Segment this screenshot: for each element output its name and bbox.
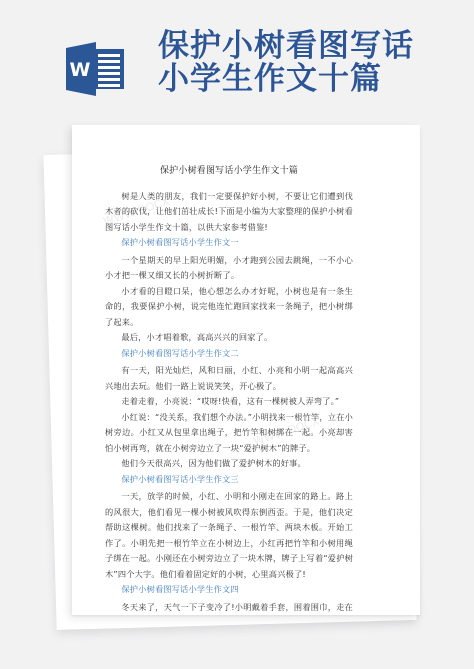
- paragraph: 小才看的目瞪口呆，他心想怎么办才好呢，小树也是有一条生命的，我要保护小树，说完他…: [105, 284, 353, 331]
- paragraph: 冬天来了，天气一下子变冷了!小明戴着手套，围着围巾，走在放学的路上。北风呼呼地吹…: [105, 600, 353, 616]
- section-heading: 保护小树看图写话小学生作文四: [105, 582, 353, 598]
- section-heading: 保护小树看图写话小学生作文三: [105, 472, 353, 488]
- document-body: 保护小树看图写话小学生作文十篇 树是人类的朋友，我们一定要保护好小树，不要让它们…: [105, 164, 353, 615]
- title-line-1: 保护小树看图写话: [158, 30, 414, 63]
- word-document-icon: W: [66, 40, 128, 98]
- title-line-2: 小学生作文十篇: [158, 63, 414, 96]
- paragraph: 一天，放学的时候，小红、小明和小刚走在回家的路上。路上的风很大，他们看见一棵小树…: [105, 489, 353, 582]
- header-banner: W 保护小树看图写话 小学生作文十篇: [0, 0, 474, 120]
- paragraph: 有一天，阳光灿烂，风和日丽，小红、小亮和小明一起高高兴兴地出去玩。他们一路上说说…: [105, 363, 353, 394]
- paragraph: 他们今天很高兴，因为他们做了爱护树木的好事。: [105, 456, 353, 472]
- page-title: 保护小树看图写话 小学生作文十篇: [158, 30, 414, 96]
- paragraph: 走着走着，小亮说：“哎呀!快看，这有一棵树被人弄弯了。”: [105, 394, 353, 410]
- section-heading: 保护小树看图写话小学生作文一: [105, 235, 353, 251]
- document-page: WWW·DOCX WWW·DOCX 保护小树看图写话小学生作文十篇 树是人类的朋…: [72, 125, 420, 615]
- canvas: W 保护小树看图写话 小学生作文十篇 WWW·DOCX WWW·DOCX 保护小…: [0, 0, 474, 669]
- paragraph: 最后，小才唱着歌，高高兴兴的回家了。: [105, 330, 353, 346]
- document-title: 保护小树看图写话小学生作文十篇: [105, 164, 353, 180]
- paragraph: 一个星期天的早上阳光明媚，小才跑到公园去跳绳，一不小心小才把一棵又细又长的小树折…: [105, 253, 353, 284]
- section-heading: 保护小树看图写话小学生作文二: [105, 346, 353, 362]
- svg-text:W: W: [70, 59, 91, 81]
- intro-paragraph: 树是人类的朋友，我们一定要保护好小树，不要让它们遭到伐木者的砍伐，让他们茁壮成长…: [105, 189, 353, 236]
- paragraph: 小红说：“没关系，我们想个办法。”小明找来一根竹竿，立在小树旁边。小红又从包里拿…: [105, 410, 353, 457]
